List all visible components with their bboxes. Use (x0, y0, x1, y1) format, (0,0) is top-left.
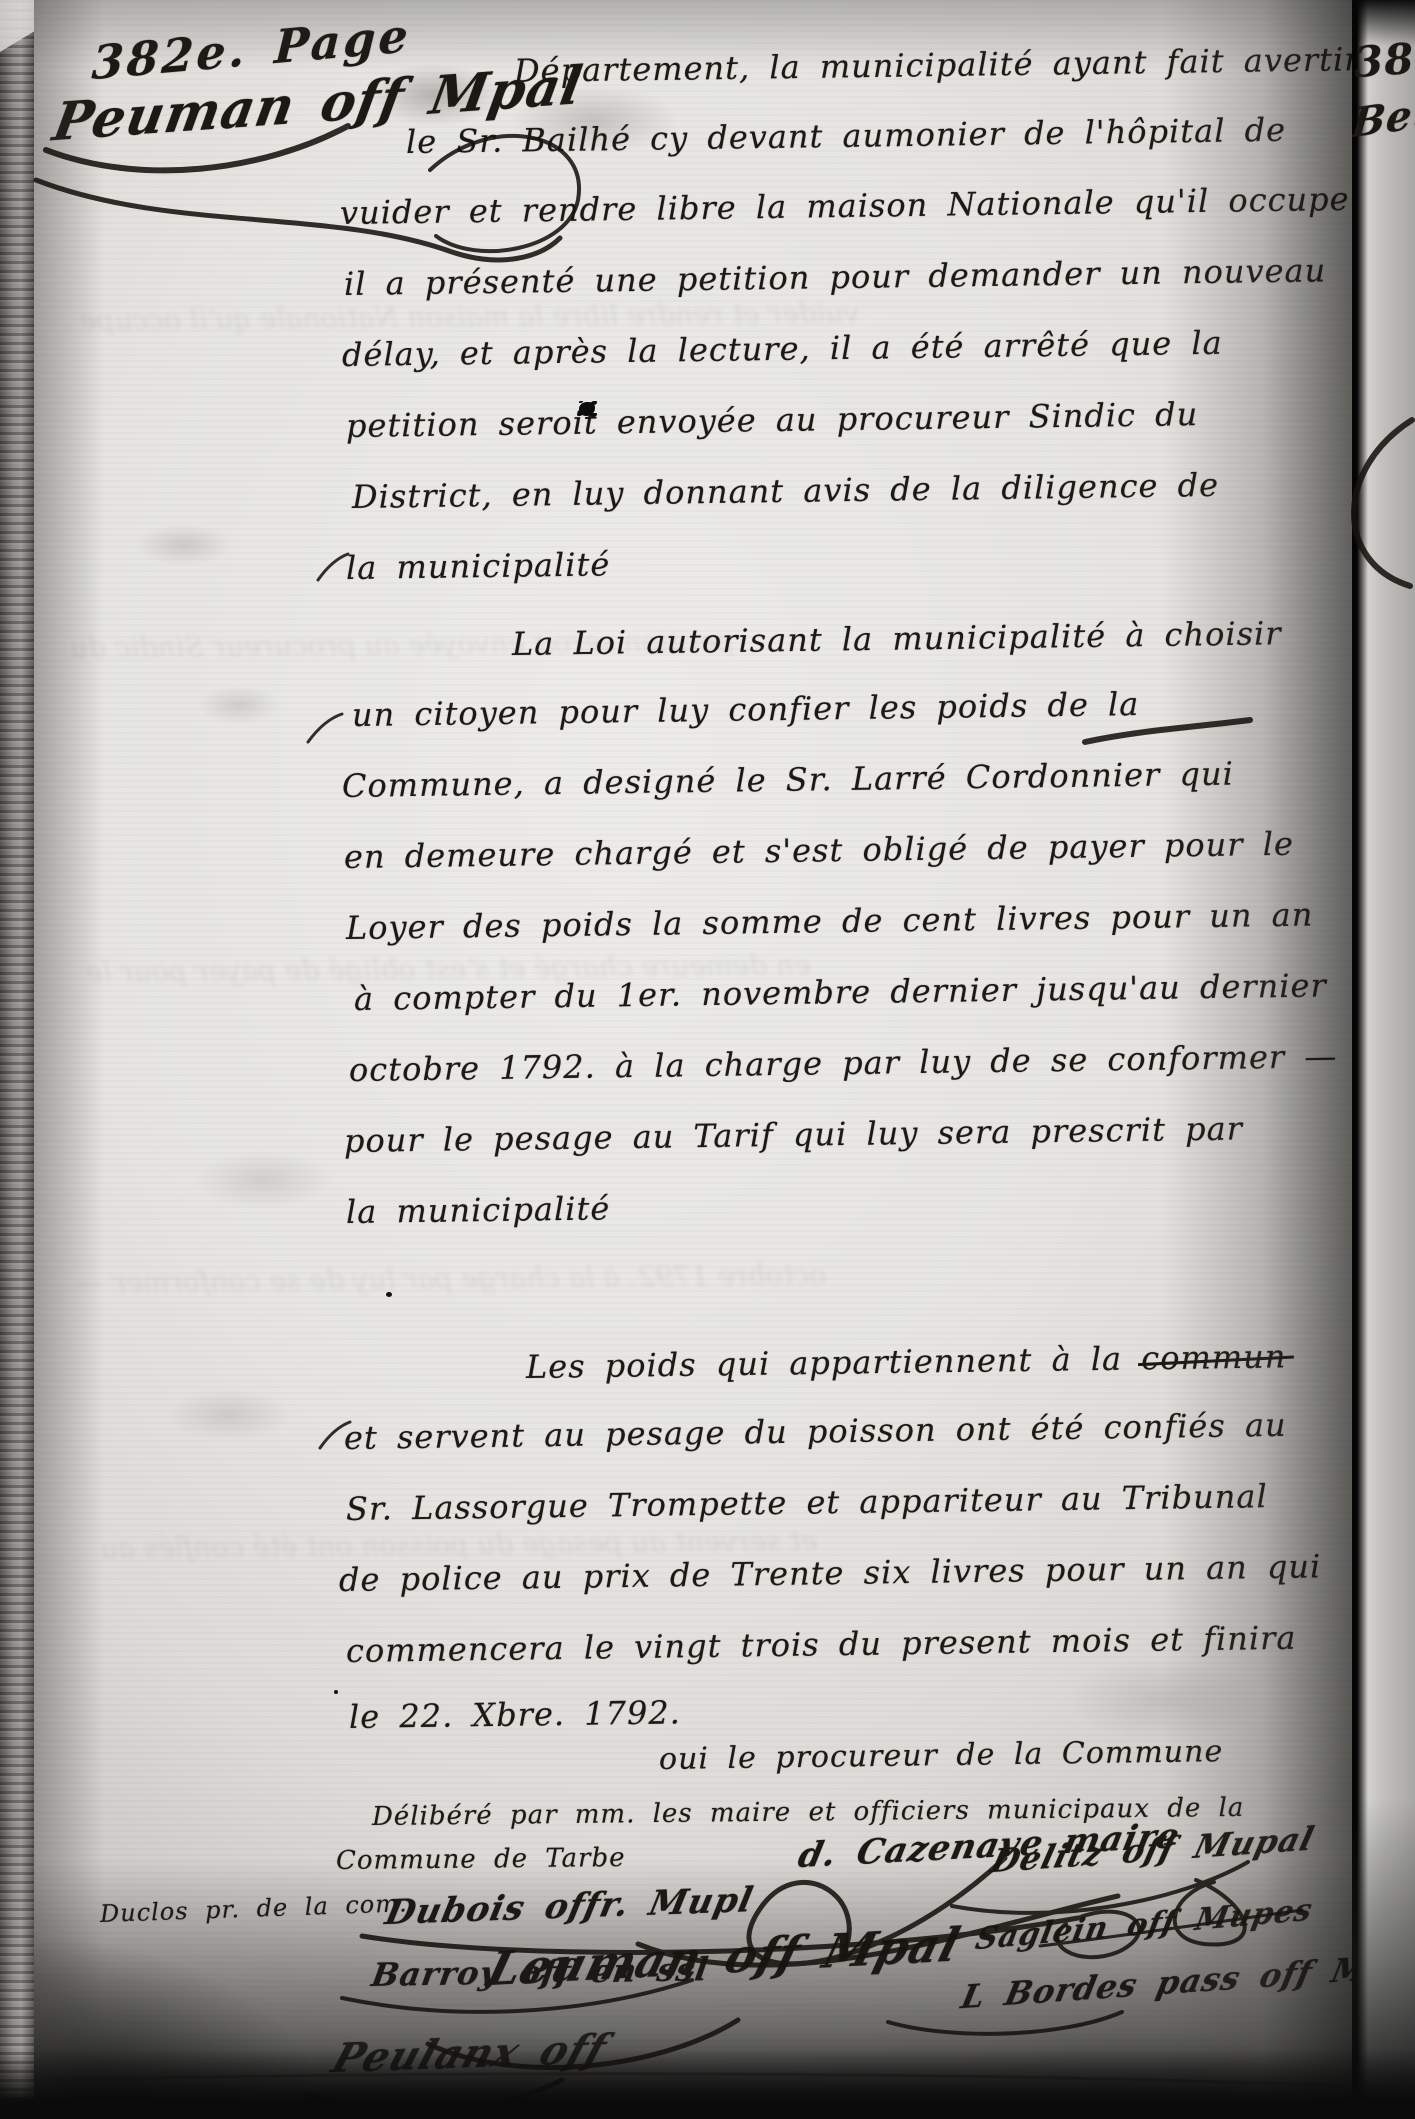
manuscript-line: en demeure chargé et s'est obligé de pay… (344, 825, 1294, 876)
manuscript-line: octobre 1792. à la charge par luy de se … (349, 1037, 1338, 1089)
ink-speck (334, 1690, 338, 1694)
show-through-text: octobre 1792. à la charge par luy de se … (76, 1258, 827, 1299)
struck-word: commun (1141, 1337, 1287, 1377)
signature-saglein: Saglein off Mupes (973, 1892, 1316, 1957)
closing-oui-line: oui le procureur de la Commune (659, 1734, 1224, 1777)
manuscript-line: District, en luy donnant avis de la dili… (352, 466, 1220, 516)
next-page-number: 38 3 (1352, 30, 1415, 87)
manuscript-line: un citoyen pour luy confier les poids de… (352, 685, 1140, 734)
manuscript-line: la municipalité (346, 1189, 611, 1231)
book-spine (0, 0, 38, 2119)
manuscript-line: La Loi autorisant la municipalité à choi… (512, 614, 1282, 663)
signature-leuman: Leuman off Mpal (482, 1917, 967, 1996)
manuscript-line: Loyer des poids la somme de cent livres … (346, 895, 1314, 947)
manuscript-line: Commune, a designé le Sr. Larré Cordonni… (342, 755, 1234, 805)
manuscript-line: la municipalité (346, 545, 611, 587)
line-text: Les poids qui appartiennent à la (526, 1340, 1123, 1386)
manuscript-line: et servent au pesage du poisson ont été … (344, 1406, 1287, 1457)
page-surface: vuider et rendre libre la maison Nationa… (34, 0, 1352, 2119)
manuscript-line: commencera le vingt trois du present moi… (346, 1619, 1297, 1670)
signature-bordes: L Bordes pass off M (958, 1949, 1373, 2016)
closing-commune-line: Commune de Tarbe (336, 1843, 626, 1876)
manuscript-line: le 22. Xbre. 1792. (349, 1693, 681, 1736)
signature-peulanx: Peulanx off (326, 2025, 613, 2082)
manuscript-line: il a présenté une petition pour demander… (344, 251, 1327, 303)
manuscript-line: pour le pesage au Tarif qui luy sera pre… (344, 1109, 1243, 1160)
manuscript-line: vuider et rendre libre la maison Nationa… (340, 180, 1350, 232)
ink-speck (386, 1292, 392, 1297)
manuscript-scan: vuider et rendre libre la maison Nationa… (0, 0, 1415, 2119)
manuscript-line: petition seroit envoyée au procureur Sin… (346, 395, 1199, 445)
manuscript-line: Département, la municipalité ayant fait … (514, 40, 1361, 90)
manuscript-line: Sr. Lassorgue Trompette et appariteur au… (346, 1477, 1268, 1528)
manuscript-line: Les poids qui appartiennent à la commun (526, 1337, 1287, 1386)
signature-dubois: Dubois offr. Mupl (382, 1880, 757, 1933)
next-page-sliver: 38 3 Beun (1352, 0, 1415, 2119)
margin-note: Duclos pr. de la com. (100, 1889, 409, 1928)
next-page-signature-fragment: Beun (1352, 83, 1415, 148)
